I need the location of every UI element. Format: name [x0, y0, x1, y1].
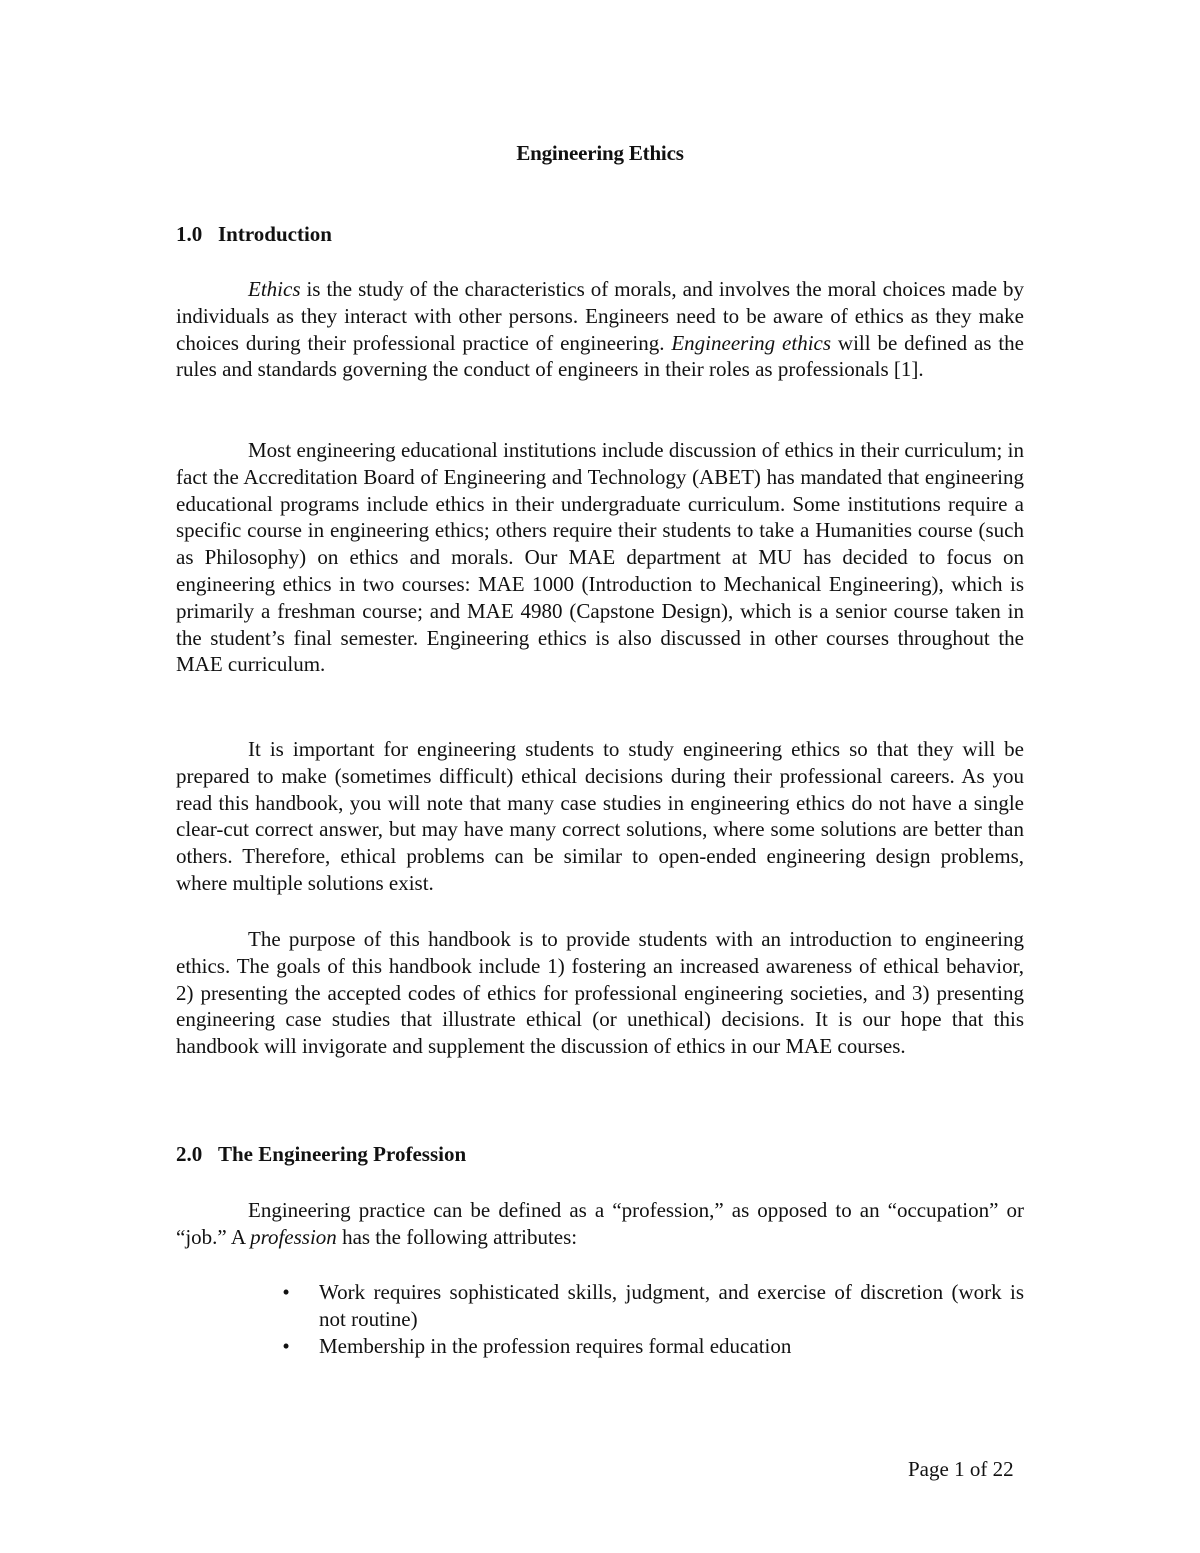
- section-heading-engineering-profession: 2.0The Engineering Profession: [176, 1142, 466, 1167]
- section-title: The Engineering Profession: [218, 1142, 466, 1166]
- paragraph-ethics-definition: Ethics is the study of the characteristi…: [176, 276, 1024, 383]
- italic-term-profession: profession: [250, 1225, 337, 1249]
- section-title: Introduction: [218, 222, 332, 246]
- list-item: • Membership in the profession requires …: [176, 1333, 1024, 1360]
- section-number: 2.0: [176, 1142, 218, 1167]
- paragraph-text: has the following attributes:: [337, 1225, 577, 1249]
- paragraph-institutions: Most engineering educational institution…: [176, 437, 1024, 678]
- bullet-icon: •: [276, 1333, 296, 1360]
- section-number: 1.0: [176, 222, 218, 247]
- bullet-icon: •: [276, 1279, 296, 1306]
- section-heading-introduction: 1.0Introduction: [176, 222, 332, 247]
- page-number: Page 1 of 22: [908, 1457, 1014, 1482]
- list-item-text: Work requires sophisticated skills, judg…: [319, 1280, 1024, 1331]
- list-item-text: Membership in the profession requires fo…: [319, 1334, 791, 1358]
- profession-attributes-list: • Work requires sophisticated skills, ju…: [176, 1279, 1024, 1359]
- italic-term-engineering-ethics: Engineering ethics: [671, 331, 831, 355]
- italic-term-ethics: Ethics: [248, 277, 301, 301]
- list-item: • Work requires sophisticated skills, ju…: [176, 1279, 1024, 1333]
- document-title: Engineering Ethics: [0, 141, 1200, 166]
- document-page: Engineering Ethics 1.0Introduction Ethic…: [0, 0, 1200, 1553]
- paragraph-purpose: The purpose of this handbook is to provi…: [176, 926, 1024, 1060]
- paragraph-importance: It is important for engineering students…: [176, 736, 1024, 897]
- paragraph-profession-definition: Engineering practice can be defined as a…: [176, 1197, 1024, 1251]
